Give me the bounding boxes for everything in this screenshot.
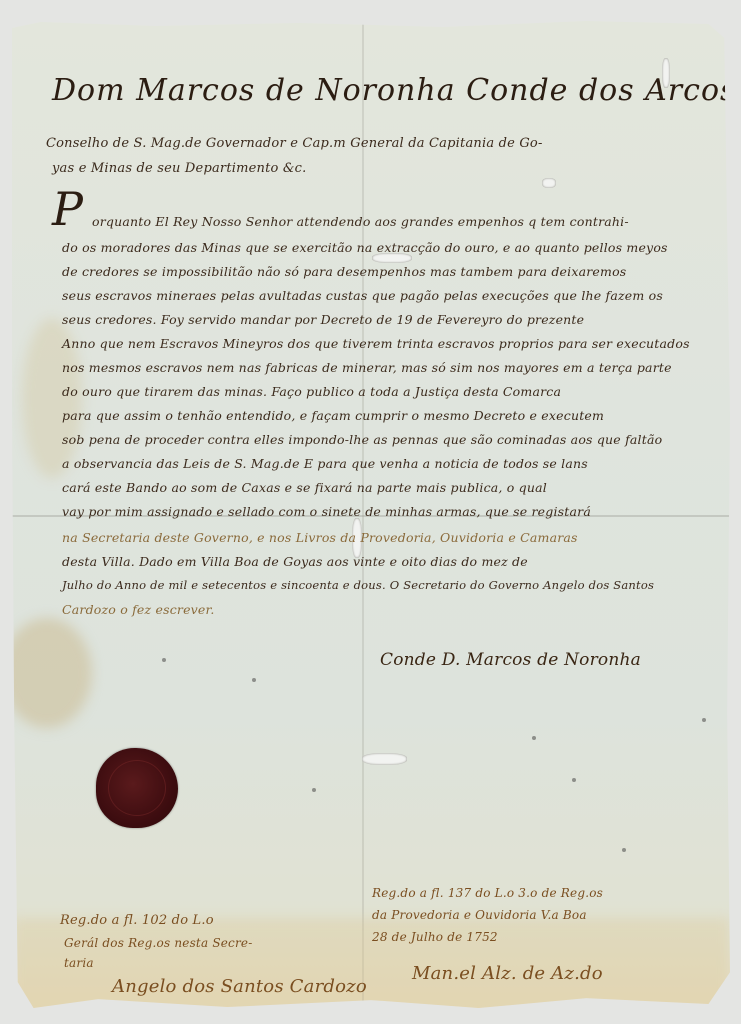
- registry-note-right-2: da Provedoria e Ouvidoria V.a Boa: [372, 908, 587, 922]
- foxing-spot: [572, 778, 576, 782]
- body-line: sob pena de proceder contra elles impond…: [62, 432, 662, 447]
- body-line: desta Villa. Dado em Villa Boa de Goyas …: [62, 554, 528, 569]
- worm-hole: [362, 753, 407, 765]
- body-line: na Secretaria deste Governo, e nos Livro…: [62, 530, 578, 545]
- heading-line-3: yas e Minas de seu Departimento &c.: [52, 161, 306, 176]
- body-line: cará este Bando ao som de Caxas e se fix…: [62, 480, 547, 495]
- wax-seal: [96, 748, 178, 828]
- body-line: a observancia das Leis de S. Mag.de E pa…: [62, 456, 588, 471]
- seal-ring: [108, 760, 166, 816]
- body-line: do ouro que tirarem das minas. Faço publ…: [62, 384, 561, 399]
- registry-note-left-3: taria: [64, 956, 94, 970]
- worm-hole: [542, 178, 556, 188]
- body-line: para que assim o tenhão entendido, e faç…: [62, 408, 604, 423]
- manuscript-page: Dom Marcos de Noronha Conde dos Arcos do…: [12, 18, 730, 1012]
- governor-signature: Conde D. Marcos de Noronha: [380, 650, 641, 670]
- edge-stain: [12, 918, 730, 1018]
- registrar-signature: Man.el Alz. de Az.do: [412, 963, 603, 984]
- foxing-spot: [312, 788, 316, 792]
- foxing-spot: [622, 848, 626, 852]
- body-line: do os moradores das Minas que se exercit…: [62, 240, 668, 255]
- foxing-spot: [162, 658, 166, 662]
- registry-note-left-2: Gerál dos Reg.os nesta Secre-: [64, 936, 252, 950]
- body-line: de credores se impossibilitão não só par…: [62, 264, 626, 279]
- heading-line-1: Dom Marcos de Noronha Conde dos Arcos do: [52, 73, 741, 108]
- body-line: vay por mim assignado e sellado com o si…: [62, 504, 591, 519]
- foxing-spot: [702, 718, 706, 722]
- heading-line-2: Conselho de S. Mag.de Governador e Cap.m…: [46, 136, 543, 151]
- registry-note-right-1: Reg.do a fl. 137 do L.o 3.o de Reg.os: [372, 886, 603, 900]
- registry-note-right-3: 28 de Julho de 1752: [372, 930, 498, 944]
- body-line: seus escravos mineraes pelas avultadas c…: [62, 288, 663, 303]
- water-stain: [2, 618, 92, 728]
- body-line: Julho do Anno de mil e setecentos e sinc…: [62, 578, 654, 592]
- foxing-spot: [532, 736, 536, 740]
- body-line: Anno que nem Escravos Mineyros dos que t…: [62, 336, 690, 351]
- body-line: orquanto El Rey Nosso Senhor attendendo …: [92, 214, 629, 229]
- body-line: Cardozo o fez escrever.: [62, 602, 215, 617]
- foxing-spot: [252, 678, 256, 682]
- body-line: seus credores. Foy servido mandar por De…: [62, 312, 584, 327]
- secretary-signature: Angelo dos Santos Cardozo: [112, 976, 367, 997]
- body-line: nos mesmos escravos nem nas fabricas de …: [62, 360, 672, 375]
- initial-letter: P: [52, 186, 83, 232]
- registry-note-left-1: Reg.do a fl. 102 do L.o: [60, 913, 214, 928]
